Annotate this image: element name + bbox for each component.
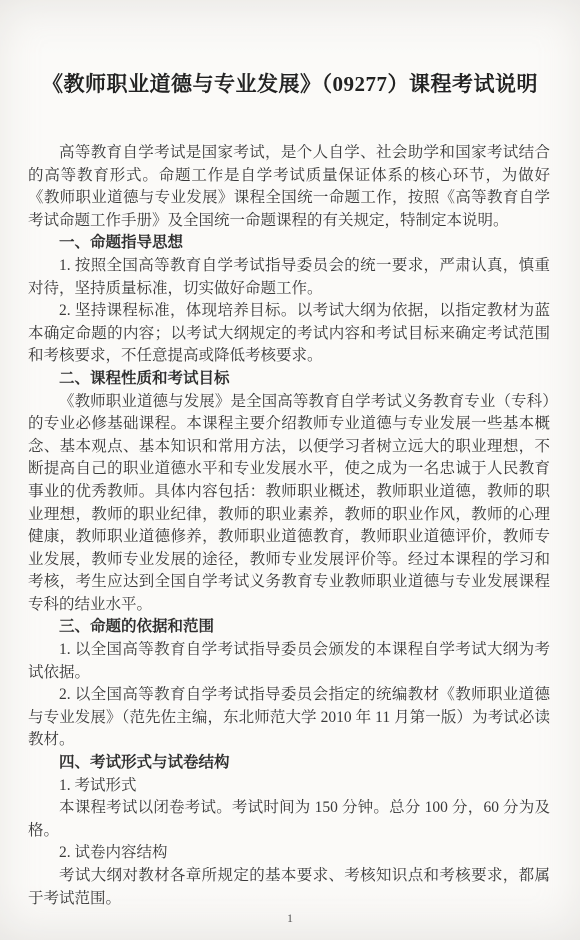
- document-body: 高等教育自学考试是国家考试，是个人自学、社会助学和国家考试结合的高等教育形式。命…: [28, 142, 550, 910]
- paragraph-guideline-2: 2. 坚持课程标准，体现培养目标。以考试大纲为依据，以指定教材为蓝本确定命题的内…: [28, 300, 550, 368]
- paragraph-exam-form-detail: 本课程考试以闭卷考试。考试时间为 150 分钟。总分 100 分，60 分为及格…: [28, 797, 550, 842]
- document-title: 《教师职业道德与专业发展》（09277）课程考试说明: [10, 68, 570, 98]
- paragraph-basis-2: 2. 以全国高等教育自学考试指导委员会指定的统编教材《教师职业道德与专业发展》（…: [28, 684, 550, 752]
- section-heading-3: 三、命题的依据和范围: [28, 616, 550, 639]
- paragraph-intro: 高等教育自学考试是国家考试，是个人自学、社会助学和国家考试结合的高等教育形式。命…: [28, 142, 550, 232]
- paragraph-guideline-1: 1. 按照全国高等教育自学考试指导委员会的统一要求，严肃认真，慎重对待，坚持质量…: [28, 255, 550, 300]
- document-page: 《教师职业道德与专业发展》（09277）课程考试说明 高等教育自学考试是国家考试…: [0, 0, 580, 940]
- paragraph-paper-structure-label: 2. 试卷内容结构: [28, 842, 550, 865]
- section-heading-2: 二、课程性质和考试目标: [28, 368, 550, 391]
- paragraph-course-nature: 《教师职业道德与发展》是全国高等教育自学考试义务教育专业（专科）的专业必修基础课…: [28, 391, 550, 617]
- section-heading-1: 一、命题指导思想: [28, 232, 550, 255]
- paragraph-exam-form-label: 1. 考试形式: [28, 775, 550, 798]
- paragraph-basis-1: 1. 以全国高等教育自学考试指导委员会颁发的本课程自学考试大纲为考试依据。: [28, 639, 550, 684]
- paragraph-paper-structure-detail: 考试大纲对教材各章所规定的基本要求、考核知识点和考核要求，都属于考试范围。: [28, 865, 550, 910]
- section-heading-4: 四、考试形式与试卷结构: [28, 752, 550, 775]
- page-number: 1: [0, 911, 580, 926]
